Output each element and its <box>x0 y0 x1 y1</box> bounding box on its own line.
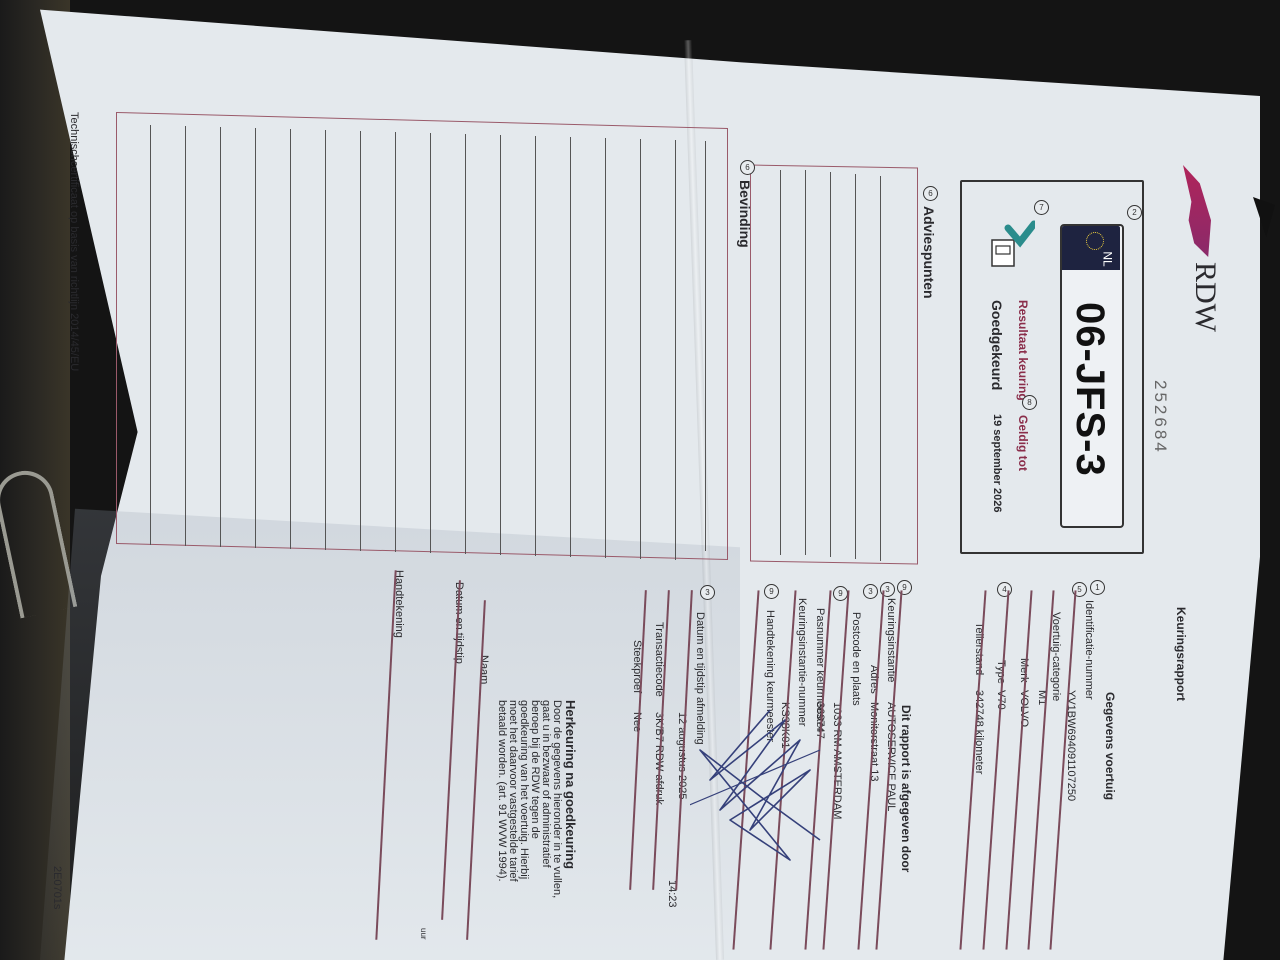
field-number-6b: 6 <box>740 160 755 175</box>
field-number-3c: 3 <box>700 585 715 600</box>
findings-line <box>430 133 431 553</box>
field-number-1: 1 <box>1090 580 1105 595</box>
advice-line <box>855 174 856 559</box>
field-number-9b: 9 <box>833 586 848 601</box>
time-unit: uur <box>419 928 428 940</box>
findings-line <box>290 129 291 549</box>
reinspection-text: Door de gegevens hieronder in te vullen,… <box>496 700 562 900</box>
advice-heading: Adviespunten <box>921 206 937 299</box>
field-number-8: 8 <box>1022 395 1037 410</box>
findings-heading: Bevinding <box>737 180 753 248</box>
category-label: Voertuig-categorie <box>1050 612 1062 701</box>
plate-country-band: NL <box>1062 226 1120 270</box>
findings-box <box>116 112 728 560</box>
postcode-label: Postcode en plaats <box>850 612 862 706</box>
advice-line <box>880 176 881 561</box>
serial-number: 252684 <box>1150 380 1170 455</box>
advice-line <box>830 172 831 557</box>
issued-by-heading: Dit rapport is afgegeven door <box>899 705 913 872</box>
field-number-4: 4 <box>997 582 1012 597</box>
advice-line <box>805 170 806 555</box>
findings-line <box>255 128 256 548</box>
result-label: Resultaat keuring <box>1016 300 1030 401</box>
advice-box <box>750 165 918 565</box>
findings-line <box>220 127 221 547</box>
result-value: Goedgekeurd <box>989 300 1005 390</box>
findings-line <box>360 131 361 551</box>
valid-until-label: Geldig tot <box>1016 415 1030 471</box>
form-code: 2E0701s <box>51 866 63 909</box>
field-number-6a: 6 <box>923 186 938 201</box>
findings-line <box>640 139 641 559</box>
findings-line <box>150 125 151 545</box>
field-number-9a: 9 <box>897 580 912 595</box>
findings-line <box>325 130 326 550</box>
issuer-title: RDW <box>1188 262 1222 332</box>
field-number-7: 7 <box>1034 200 1049 215</box>
findings-line <box>535 136 536 556</box>
plate-country: NL <box>1101 251 1115 266</box>
eu-stars-icon <box>1086 232 1104 250</box>
field-number-3b: 3 <box>863 584 878 599</box>
field-number-2: 2 <box>1127 205 1142 220</box>
vehicle-heading: Gegevens voertuig <box>1103 692 1117 800</box>
findings-line <box>705 141 706 551</box>
directive-footnote: Technischcertificaat op basis van richtl… <box>68 112 80 371</box>
findings-line <box>185 126 186 546</box>
advice-line <box>780 170 781 555</box>
plate-number: 06-JFS-3 <box>1067 302 1112 477</box>
valid-until-value: 19 september 2026 <box>991 414 1003 512</box>
reinspection-heading: Herkeuring na goedkeuring <box>563 700 578 869</box>
report-title: Keuringsrapport <box>1174 607 1188 701</box>
field-number-9c: 9 <box>764 584 779 599</box>
findings-line <box>675 140 676 560</box>
findings-line <box>605 138 606 558</box>
findings-line <box>395 132 396 552</box>
findings-line <box>570 137 571 557</box>
inspector-signature <box>690 690 840 890</box>
approved-check-icon <box>990 220 1035 275</box>
findings-line <box>500 135 501 555</box>
vin-label: Identificatie-nummer <box>1084 600 1094 700</box>
findings-line <box>465 134 466 554</box>
